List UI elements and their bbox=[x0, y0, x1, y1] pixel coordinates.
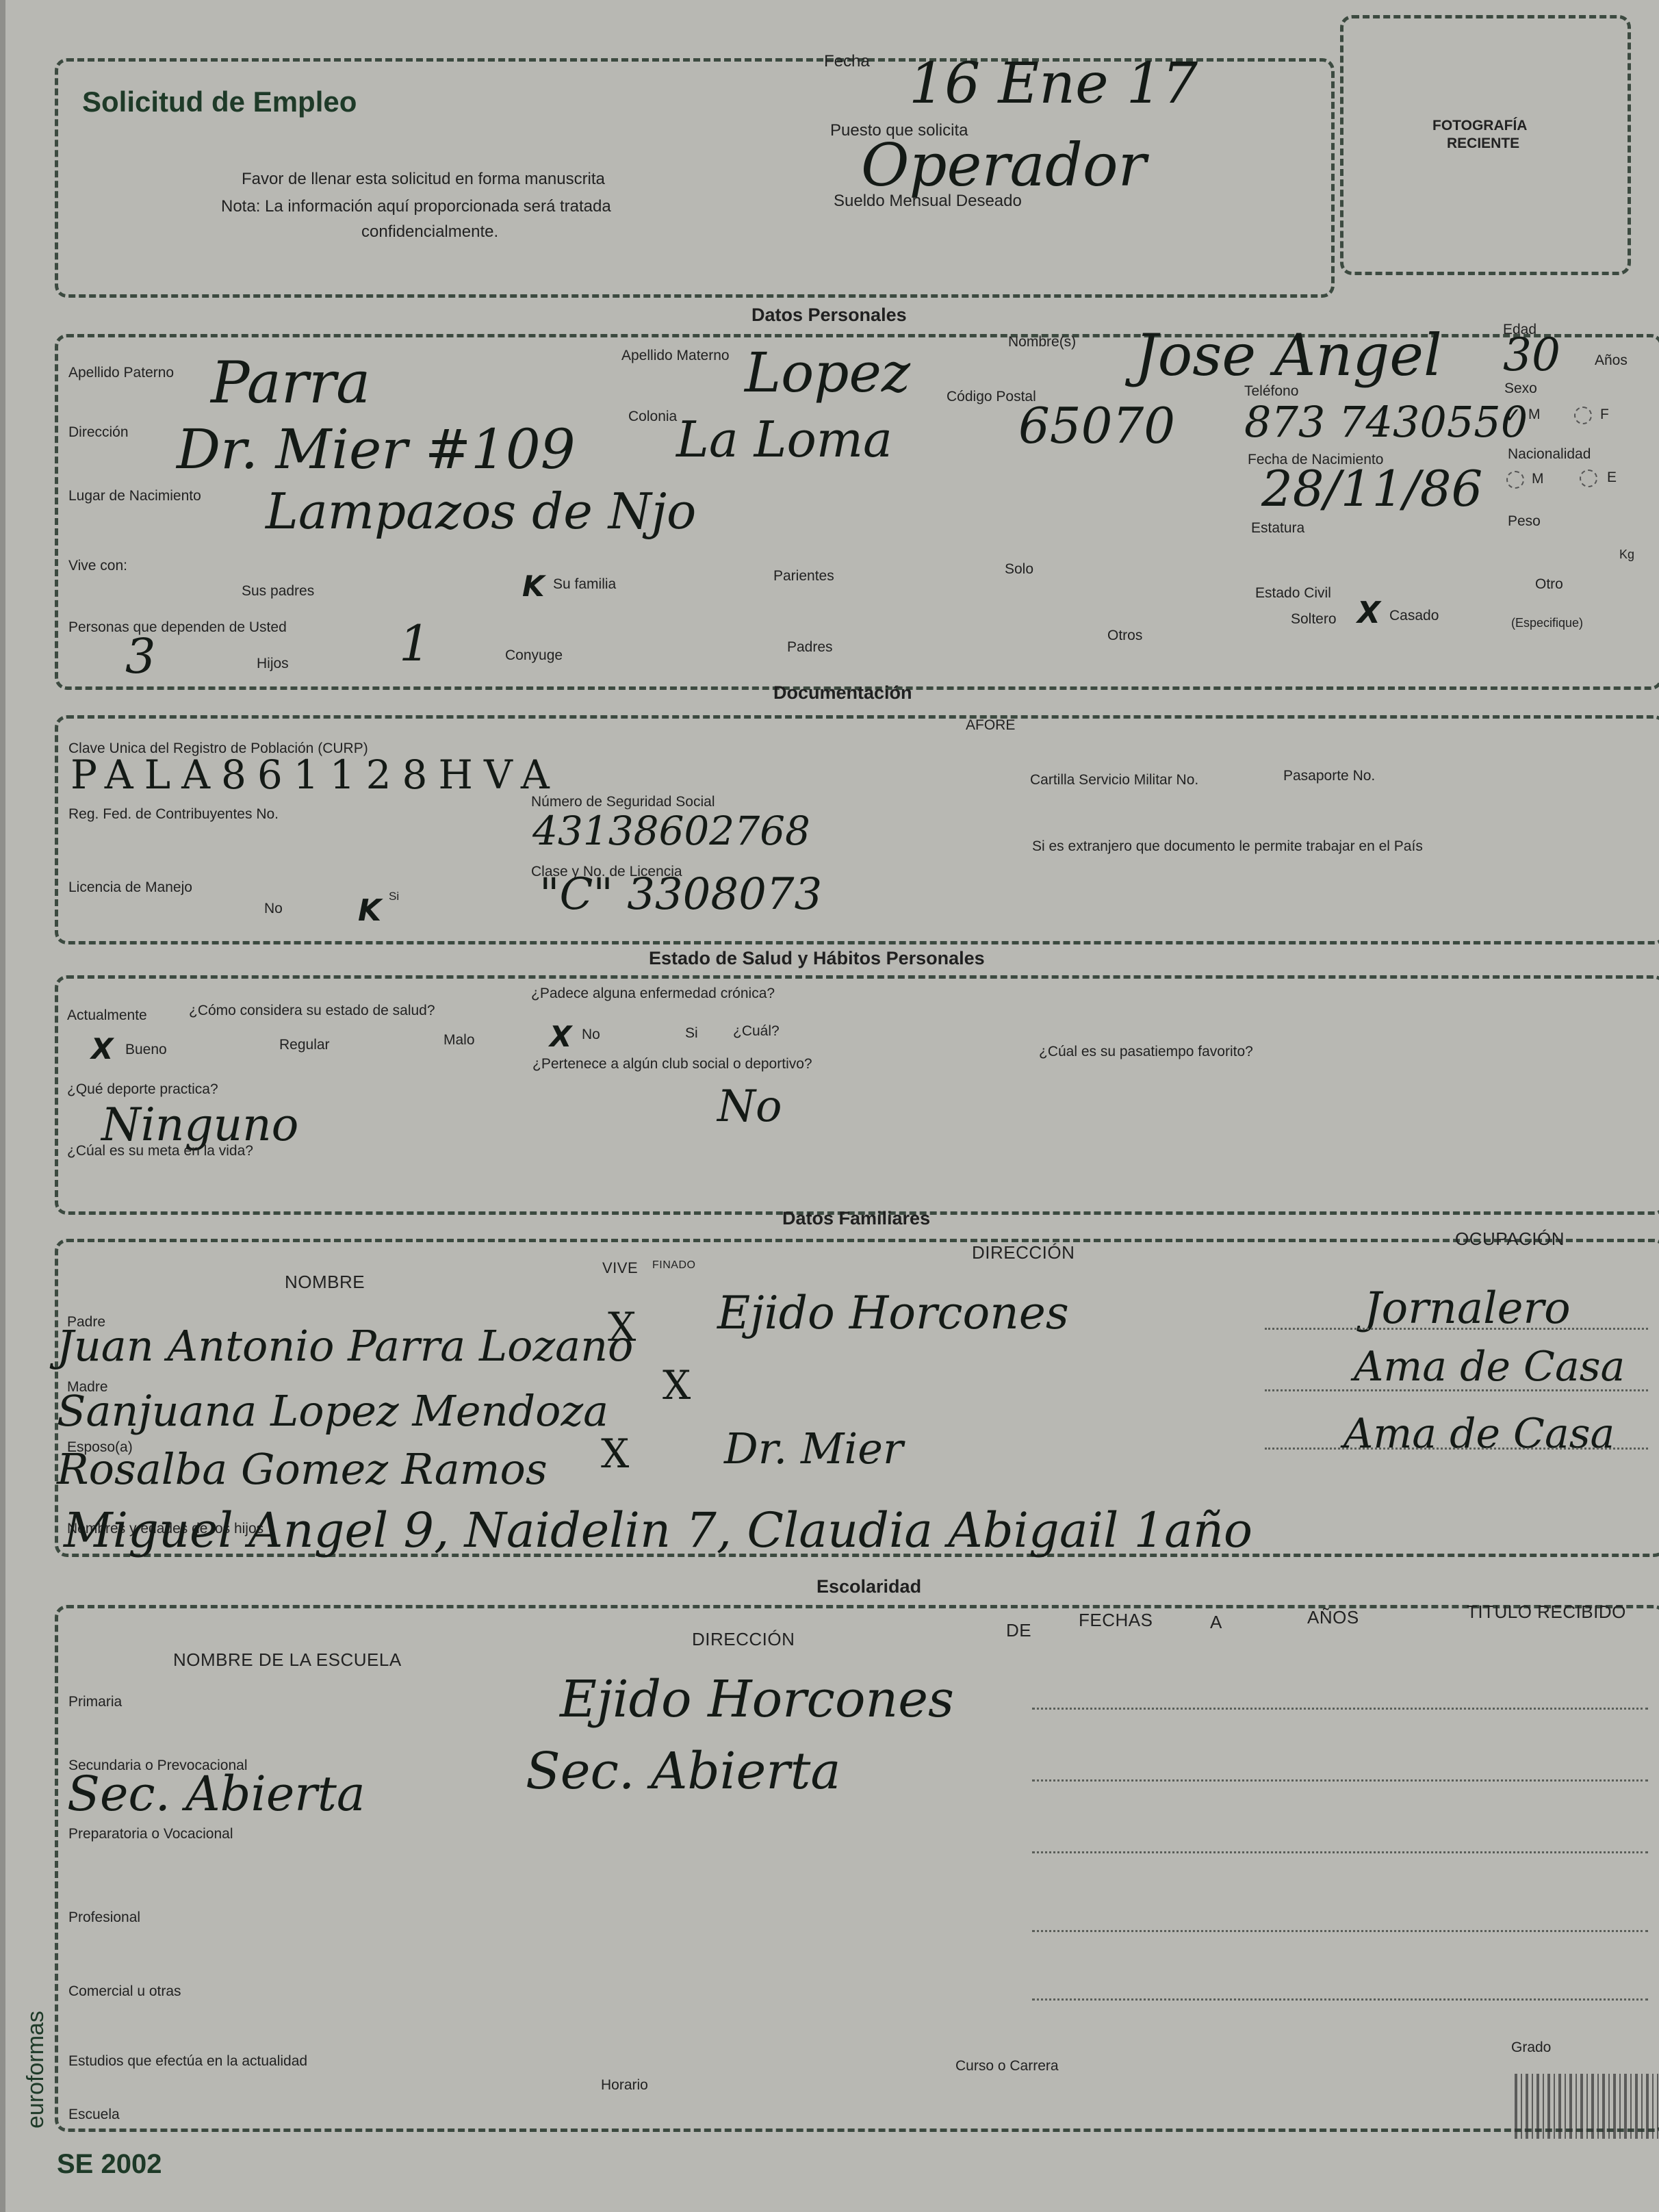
section-title-salud: Estado de Salud y Hábitos Personales bbox=[649, 948, 985, 969]
divider bbox=[1032, 1779, 1648, 1782]
apellido-paterno-label: Apellido Paterno bbox=[68, 365, 174, 381]
nivel-primaria-label: Primaria bbox=[68, 1694, 122, 1710]
vive-con-check-mark: K bbox=[522, 569, 545, 603]
vive-con-solo[interactable]: Solo bbox=[1005, 561, 1033, 578]
nacionalidad-option-e[interactable]: E bbox=[1607, 470, 1617, 486]
escolaridad-col-titulo: TITULO RECIBIDO bbox=[1467, 1602, 1626, 1623]
estado-salud-regular[interactable]: Regular bbox=[279, 1037, 330, 1053]
lugar-nacimiento-label: Lugar de Nacimiento bbox=[68, 488, 201, 504]
dependientes-otros-label: Otros bbox=[1107, 628, 1142, 644]
puesto-value[interactable]: Operador bbox=[861, 131, 1146, 200]
licencia-option-no[interactable]: No bbox=[264, 901, 283, 917]
nombres-value[interactable]: Jose Angel bbox=[1135, 322, 1442, 389]
clase-licencia-value[interactable]: "C" 3308073 bbox=[539, 869, 822, 920]
note-text-2: confidencialmente. bbox=[361, 222, 498, 242]
escuela-label: Escuela bbox=[68, 2107, 120, 2123]
sexo-f-radio[interactable] bbox=[1574, 407, 1592, 424]
edad-value[interactable]: 30 bbox=[1503, 329, 1560, 381]
sexo-option-m[interactable]: M bbox=[1528, 407, 1541, 423]
curp-value[interactable]: PALA861128HVA bbox=[70, 751, 561, 798]
estado-civil-especifique: (Especifique) bbox=[1511, 616, 1583, 630]
familiares-col-finado: FINADO bbox=[652, 1259, 695, 1272]
nombres-label: Nombre(s) bbox=[1008, 334, 1076, 350]
esposa-vive-mark[interactable]: X bbox=[601, 1430, 629, 1477]
escolaridad-col-a: A bbox=[1210, 1612, 1222, 1633]
peso-label: Peso bbox=[1508, 513, 1541, 530]
nacionalidad-label: Nacionalidad bbox=[1508, 446, 1591, 463]
esposa-ocupacion[interactable]: Ama de Casa bbox=[1343, 1410, 1615, 1458]
nivel-preparatoria-label: Preparatoria o Vocacional bbox=[68, 1826, 233, 1842]
estado-civil-check-mark: X bbox=[1357, 595, 1380, 630]
extranjero-label: Si es extranjero que documento le permit… bbox=[1032, 838, 1423, 855]
euroformas-logo: euroformas bbox=[23, 2011, 49, 2129]
cronica-label: ¿Padece alguna enfermedad crónica? bbox=[531, 986, 775, 1002]
lugar-nacimiento-value[interactable]: Lampazos de Njo bbox=[266, 483, 696, 540]
divider bbox=[1032, 1998, 1648, 2001]
cronica-option-si[interactable]: Si bbox=[685, 1025, 698, 1042]
cronica-option-no[interactable]: No bbox=[582, 1027, 600, 1043]
esposa-nombre[interactable]: Rosalba Gomez Ramos bbox=[57, 1444, 548, 1494]
estado-civil-soltero[interactable]: Soltero bbox=[1291, 611, 1337, 628]
secundaria-direccion[interactable]: Sec. Abierta bbox=[526, 1742, 840, 1801]
vive-con-su-familia[interactable]: Su familia bbox=[553, 576, 616, 593]
estado-salud-bueno[interactable]: Bueno bbox=[125, 1042, 167, 1058]
meta-label: ¿Cúal es su meta en la vida? bbox=[67, 1143, 253, 1159]
divider bbox=[1032, 1851, 1648, 1853]
secundaria-escuela[interactable]: Sec. Abierta bbox=[67, 1766, 365, 1822]
actualmente-label: Actualmente bbox=[67, 1007, 147, 1024]
licencia-check-mark: K bbox=[358, 893, 381, 928]
vive-con-parientes[interactable]: Parientes bbox=[773, 568, 834, 584]
estado-civil-casado[interactable]: Casado bbox=[1389, 608, 1439, 624]
fecha-nacimiento-value[interactable]: 28/11/86 bbox=[1261, 460, 1482, 517]
estado-civil-otro: Otro bbox=[1535, 576, 1563, 593]
photo-label-2: RECIENTE bbox=[1447, 136, 1519, 152]
fecha-value[interactable]: 16 Ene 17 bbox=[909, 51, 1198, 116]
cartilla-label: Cartilla Servicio Militar No. bbox=[1030, 772, 1198, 788]
madre-ocupacion[interactable]: Ama de Casa bbox=[1354, 1343, 1625, 1391]
familiares-col-ocupacion: OCUPACIÓN bbox=[1455, 1229, 1565, 1250]
familiares-col-vive: VIVE bbox=[602, 1259, 638, 1277]
sueldo-label: Sueldo Mensual Deseado bbox=[834, 192, 1022, 211]
hijos-value[interactable]: Miguel Angel 9, Naidelin 7, Claudia Abig… bbox=[64, 1502, 1252, 1558]
estudios-actuales-label: Estudios que efectúa en la actualidad bbox=[68, 2053, 307, 2070]
escolaridad-col-de: DE bbox=[1006, 1620, 1031, 1641]
madre-finado-mark[interactable]: X bbox=[663, 1362, 691, 1409]
estado-civil-label: Estado Civil bbox=[1255, 585, 1331, 602]
pasaporte-label: Pasaporte No. bbox=[1283, 768, 1375, 784]
escolaridad-col-escuela: NOMBRE DE LA ESCUELA bbox=[173, 1649, 402, 1671]
colonia-label: Colonia bbox=[628, 409, 677, 425]
direccion-label: Dirección bbox=[68, 424, 129, 441]
note-text: Nota: La información aquí proporcionada … bbox=[221, 197, 611, 216]
padre-direccion[interactable]: Ejido Horcones bbox=[717, 1287, 1069, 1339]
esposa-direccion[interactable]: Dr. Mier bbox=[724, 1424, 903, 1474]
sexo-m-checkmark: ✓ bbox=[1504, 404, 1521, 428]
licencia-option-si[interactable]: Si bbox=[389, 890, 399, 903]
direccion-value[interactable]: Dr. Mier #109 bbox=[177, 417, 576, 481]
escolaridad-col-direccion: DIRECCIÓN bbox=[692, 1629, 795, 1650]
photo-label: FOTOGRAFÍA bbox=[1432, 118, 1527, 134]
form-title: Solicitud de Empleo bbox=[82, 86, 357, 118]
madre-nombre[interactable]: Sanjuana Lopez Mendoza bbox=[57, 1386, 608, 1436]
padre-vive-mark[interactable]: X bbox=[608, 1304, 636, 1350]
nacionalidad-m-radio[interactable] bbox=[1506, 471, 1524, 489]
familiares-col-nombre: NOMBRE bbox=[285, 1272, 365, 1293]
club-label: ¿Pertenece a algún club social o deporti… bbox=[532, 1056, 812, 1072]
dependientes-label: Personas que dependen de Usted bbox=[68, 619, 287, 636]
divider bbox=[1265, 1448, 1648, 1450]
vive-con-label: Vive con: bbox=[68, 558, 127, 574]
apellido-materno-value[interactable]: Lopez bbox=[745, 341, 910, 404]
deporte-label: ¿Qué deporte practica? bbox=[67, 1081, 218, 1098]
section-title-familiares: Datos Familiares bbox=[782, 1208, 930, 1229]
estado-salud-check-mark: X bbox=[91, 1032, 113, 1066]
escolaridad-col-anos: AÑOS bbox=[1307, 1607, 1359, 1628]
dependientes-conyuge-label: Conyuge bbox=[505, 647, 563, 664]
dependientes-conyuge-value[interactable]: 1 bbox=[399, 615, 430, 672]
colonia-value[interactable]: La Loma bbox=[676, 411, 892, 468]
padre-nombre[interactable]: Juan Antonio Parra Lozano bbox=[57, 1321, 633, 1371]
application-form-sheet: Solicitud de Empleo Favor de llenar esta… bbox=[5, 0, 1659, 2212]
section-title-documentacion: Documentación bbox=[773, 682, 912, 704]
form-code: SE 2002 bbox=[57, 2149, 162, 2180]
instructions-text: Favor de llenar esta solicitud en forma … bbox=[242, 170, 605, 189]
section-title-datos-personales: Datos Personales bbox=[751, 305, 907, 326]
section-title-escolaridad: Escolaridad bbox=[816, 1576, 921, 1597]
dependientes-hijos-value[interactable]: 3 bbox=[125, 628, 156, 684]
apellido-paterno-value[interactable]: Parra bbox=[211, 349, 370, 416]
rfc-label: Reg. Fed. de Contribuyentes No. bbox=[68, 806, 279, 823]
sueldo-field[interactable] bbox=[1114, 192, 1320, 212]
vive-con-sus-padres[interactable]: Sus padres bbox=[242, 583, 314, 600]
divider bbox=[1265, 1389, 1648, 1391]
divider bbox=[1032, 1708, 1648, 1710]
grado-label: Grado bbox=[1511, 2040, 1551, 2056]
familiares-col-direccion: DIRECCIÓN bbox=[972, 1242, 1075, 1263]
primaria-direccion[interactable]: Ejido Horcones bbox=[560, 1670, 954, 1729]
barcode bbox=[1515, 2074, 1658, 2139]
fecha-label: Fecha bbox=[824, 52, 870, 71]
dependientes-padres-label: Padres bbox=[787, 639, 833, 656]
licencia-label: Licencia de Manejo bbox=[68, 879, 192, 896]
cronica-cual-label: ¿Cuál? bbox=[733, 1023, 780, 1040]
divider bbox=[1265, 1328, 1648, 1330]
sexo-option-f[interactable]: F bbox=[1600, 407, 1609, 423]
padre-ocupacion[interactable]: Jornalero bbox=[1364, 1283, 1571, 1334]
estado-salud-malo[interactable]: Malo bbox=[443, 1032, 475, 1049]
afore-label: AFORE bbox=[966, 717, 1015, 734]
pasatiempo-label: ¿Cúal es su pasatiempo favorito? bbox=[1039, 1044, 1253, 1060]
peso-unit: Kg bbox=[1619, 548, 1634, 562]
divider bbox=[1032, 1930, 1648, 1932]
sexo-label: Sexo bbox=[1504, 381, 1537, 397]
nacionalidad-e-radio[interactable] bbox=[1580, 470, 1597, 487]
dependientes-hijos-label: Hijos bbox=[257, 656, 289, 672]
curso-label: Curso o Carrera bbox=[955, 2058, 1059, 2074]
escolaridad-col-fechas: FECHAS bbox=[1079, 1610, 1153, 1631]
estado-salud-label: ¿Cómo considera su estado de salud? bbox=[189, 1003, 435, 1019]
telefono-value[interactable]: 873 7430550 bbox=[1244, 397, 1528, 447]
estatura-label: Estatura bbox=[1251, 520, 1304, 537]
club-value[interactable]: No bbox=[717, 1081, 782, 1132]
codigo-postal-value[interactable]: 65070 bbox=[1018, 397, 1175, 454]
cronica-check-mark: X bbox=[550, 1020, 571, 1053]
nivel-profesional-label: Profesional bbox=[68, 1909, 140, 1926]
edad-unit: Años bbox=[1595, 352, 1628, 369]
apellido-materno-label: Apellido Materno bbox=[621, 348, 730, 364]
horario-label: Horario bbox=[601, 2077, 648, 2094]
nivel-comercial-label: Comercial u otras bbox=[68, 1983, 181, 2000]
nacionalidad-option-m[interactable]: M bbox=[1532, 471, 1544, 487]
nss-value[interactable]: 43138602768 bbox=[532, 808, 810, 854]
